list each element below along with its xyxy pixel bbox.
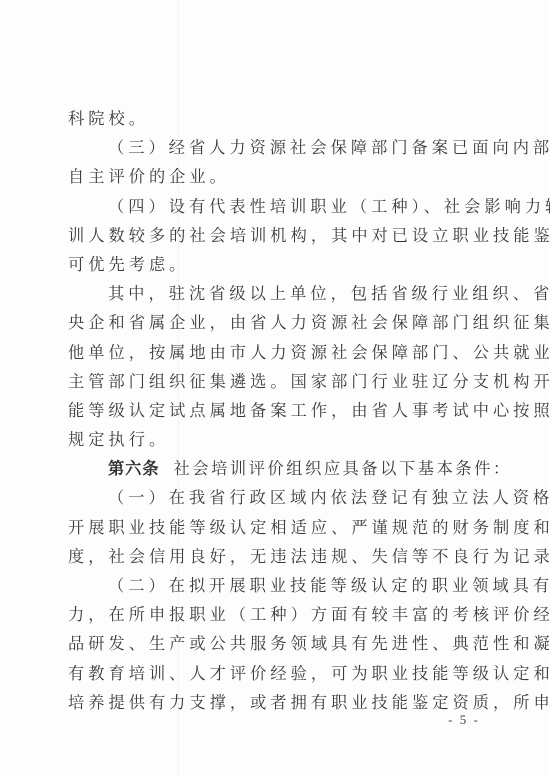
text-line-paragraph: 其中，驻沈省级以上单位，包括省级行业组织、省属院校、 bbox=[68, 279, 488, 308]
article-heading: 第六条 bbox=[108, 459, 160, 478]
text-line: 开展职业技能等级认定相适应、严谨规范的财务制度和管理制 bbox=[68, 513, 488, 542]
text-line: 品研发、生产或公共服务领域具有先进性、典范性和凝聚力，且 bbox=[68, 629, 488, 658]
document-body: 科院校。 （三）经省人力资源社会保障部门备案已面向内部职工开展 自主评价的企业。… bbox=[68, 104, 488, 717]
article-text: 社会培训评价组织应具备以下基本条件： bbox=[174, 459, 512, 478]
text-line: 央企和省属企业，由省人力资源社会保障部门组织征集遴选；其 bbox=[68, 308, 488, 337]
text-line: 能等级认定试点属地备案工作，由省人事考试中心按照相关文件 bbox=[68, 396, 488, 425]
text-line-item-2: （二）在拟开展职业技能等级认定的职业领域具有一定影响 bbox=[68, 571, 488, 600]
text-line: 训人数较多的社会培训机构，其中对已设立职业技能鉴定所站的 bbox=[68, 221, 488, 250]
text-line: 培养提供有力支撑，或者拥有职业技能鉴定资质，所申报的职业 bbox=[68, 688, 488, 717]
text-line: 有教育培训、人才评价经验，可为职业技能等级认定和技能人才 bbox=[68, 659, 488, 688]
text-line: 力，在所申报职业（工种）方面有较丰富的考核评价经验。在产 bbox=[68, 600, 488, 629]
document-page: 科院校。 （三）经省人力资源社会保障部门备案已面向内部职工开展 自主评价的企业。… bbox=[0, 0, 550, 777]
text-line: 他单位，按属地由市人力资源社会保障部门、公共就业服务机构 bbox=[68, 338, 488, 367]
text-line-item-3: （三）经省人力资源社会保障部门备案已面向内部职工开展 bbox=[68, 133, 488, 162]
text-line: 主管部门组织征集遴选。国家部门行业驻辽分支机构开展职业技 bbox=[68, 367, 488, 396]
text-line: 自主评价的企业。 bbox=[68, 162, 488, 191]
page-number: - 5 - bbox=[440, 712, 488, 728]
article-6-line: 第六条社会培训评价组织应具备以下基本条件： bbox=[68, 454, 488, 483]
text-line: 科院校。 bbox=[68, 104, 488, 133]
text-line: 可优先考虑。 bbox=[68, 250, 488, 279]
text-line-item-4: （四）设有代表性培训职业（工种）、社会影响力较强、培 bbox=[68, 192, 488, 221]
text-line: 度，社会信用良好，无违法违规、失信等不良行为记录。 bbox=[68, 542, 488, 571]
text-line-item-1: （一）在我省行政区域内依法登记有独立法人资格，具有与 bbox=[68, 483, 488, 512]
text-line: 规定执行。 bbox=[68, 425, 488, 454]
